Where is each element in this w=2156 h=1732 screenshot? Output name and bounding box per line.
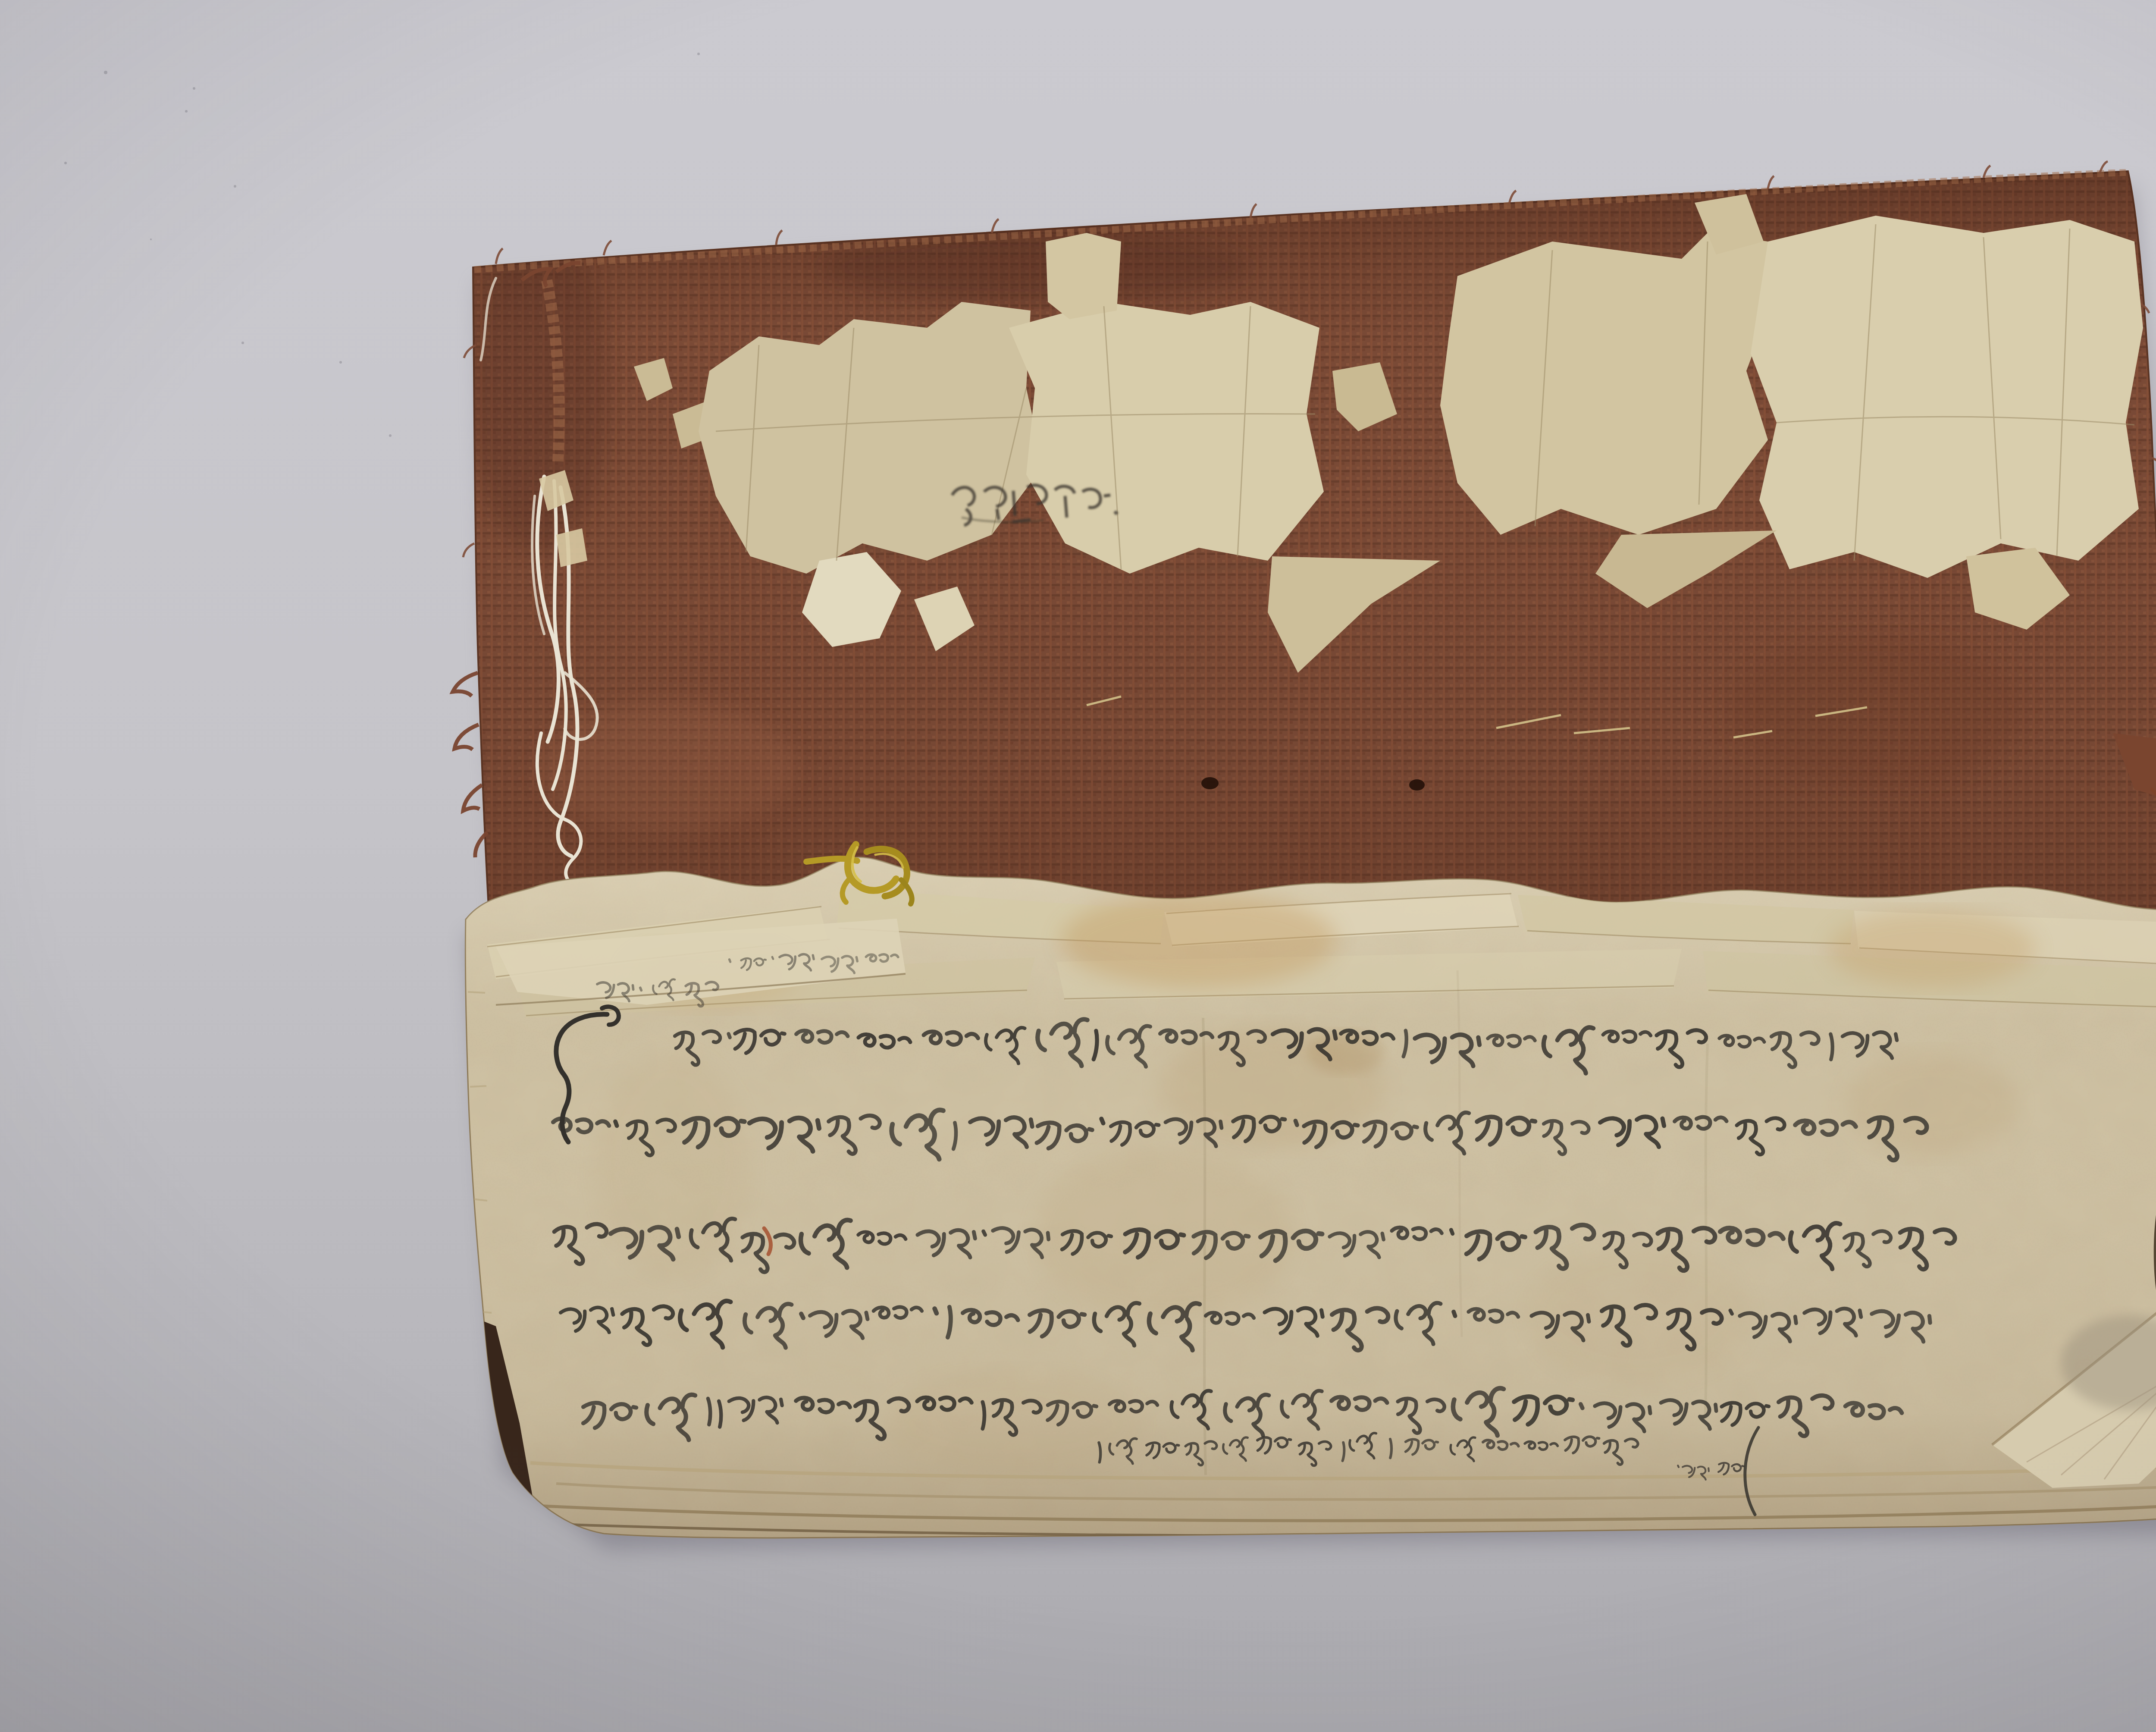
- photo-tibetan-manuscript: [0, 0, 2156, 1732]
- vignette-overlay: [0, 0, 2156, 1732]
- photo-canvas: [0, 0, 2156, 1732]
